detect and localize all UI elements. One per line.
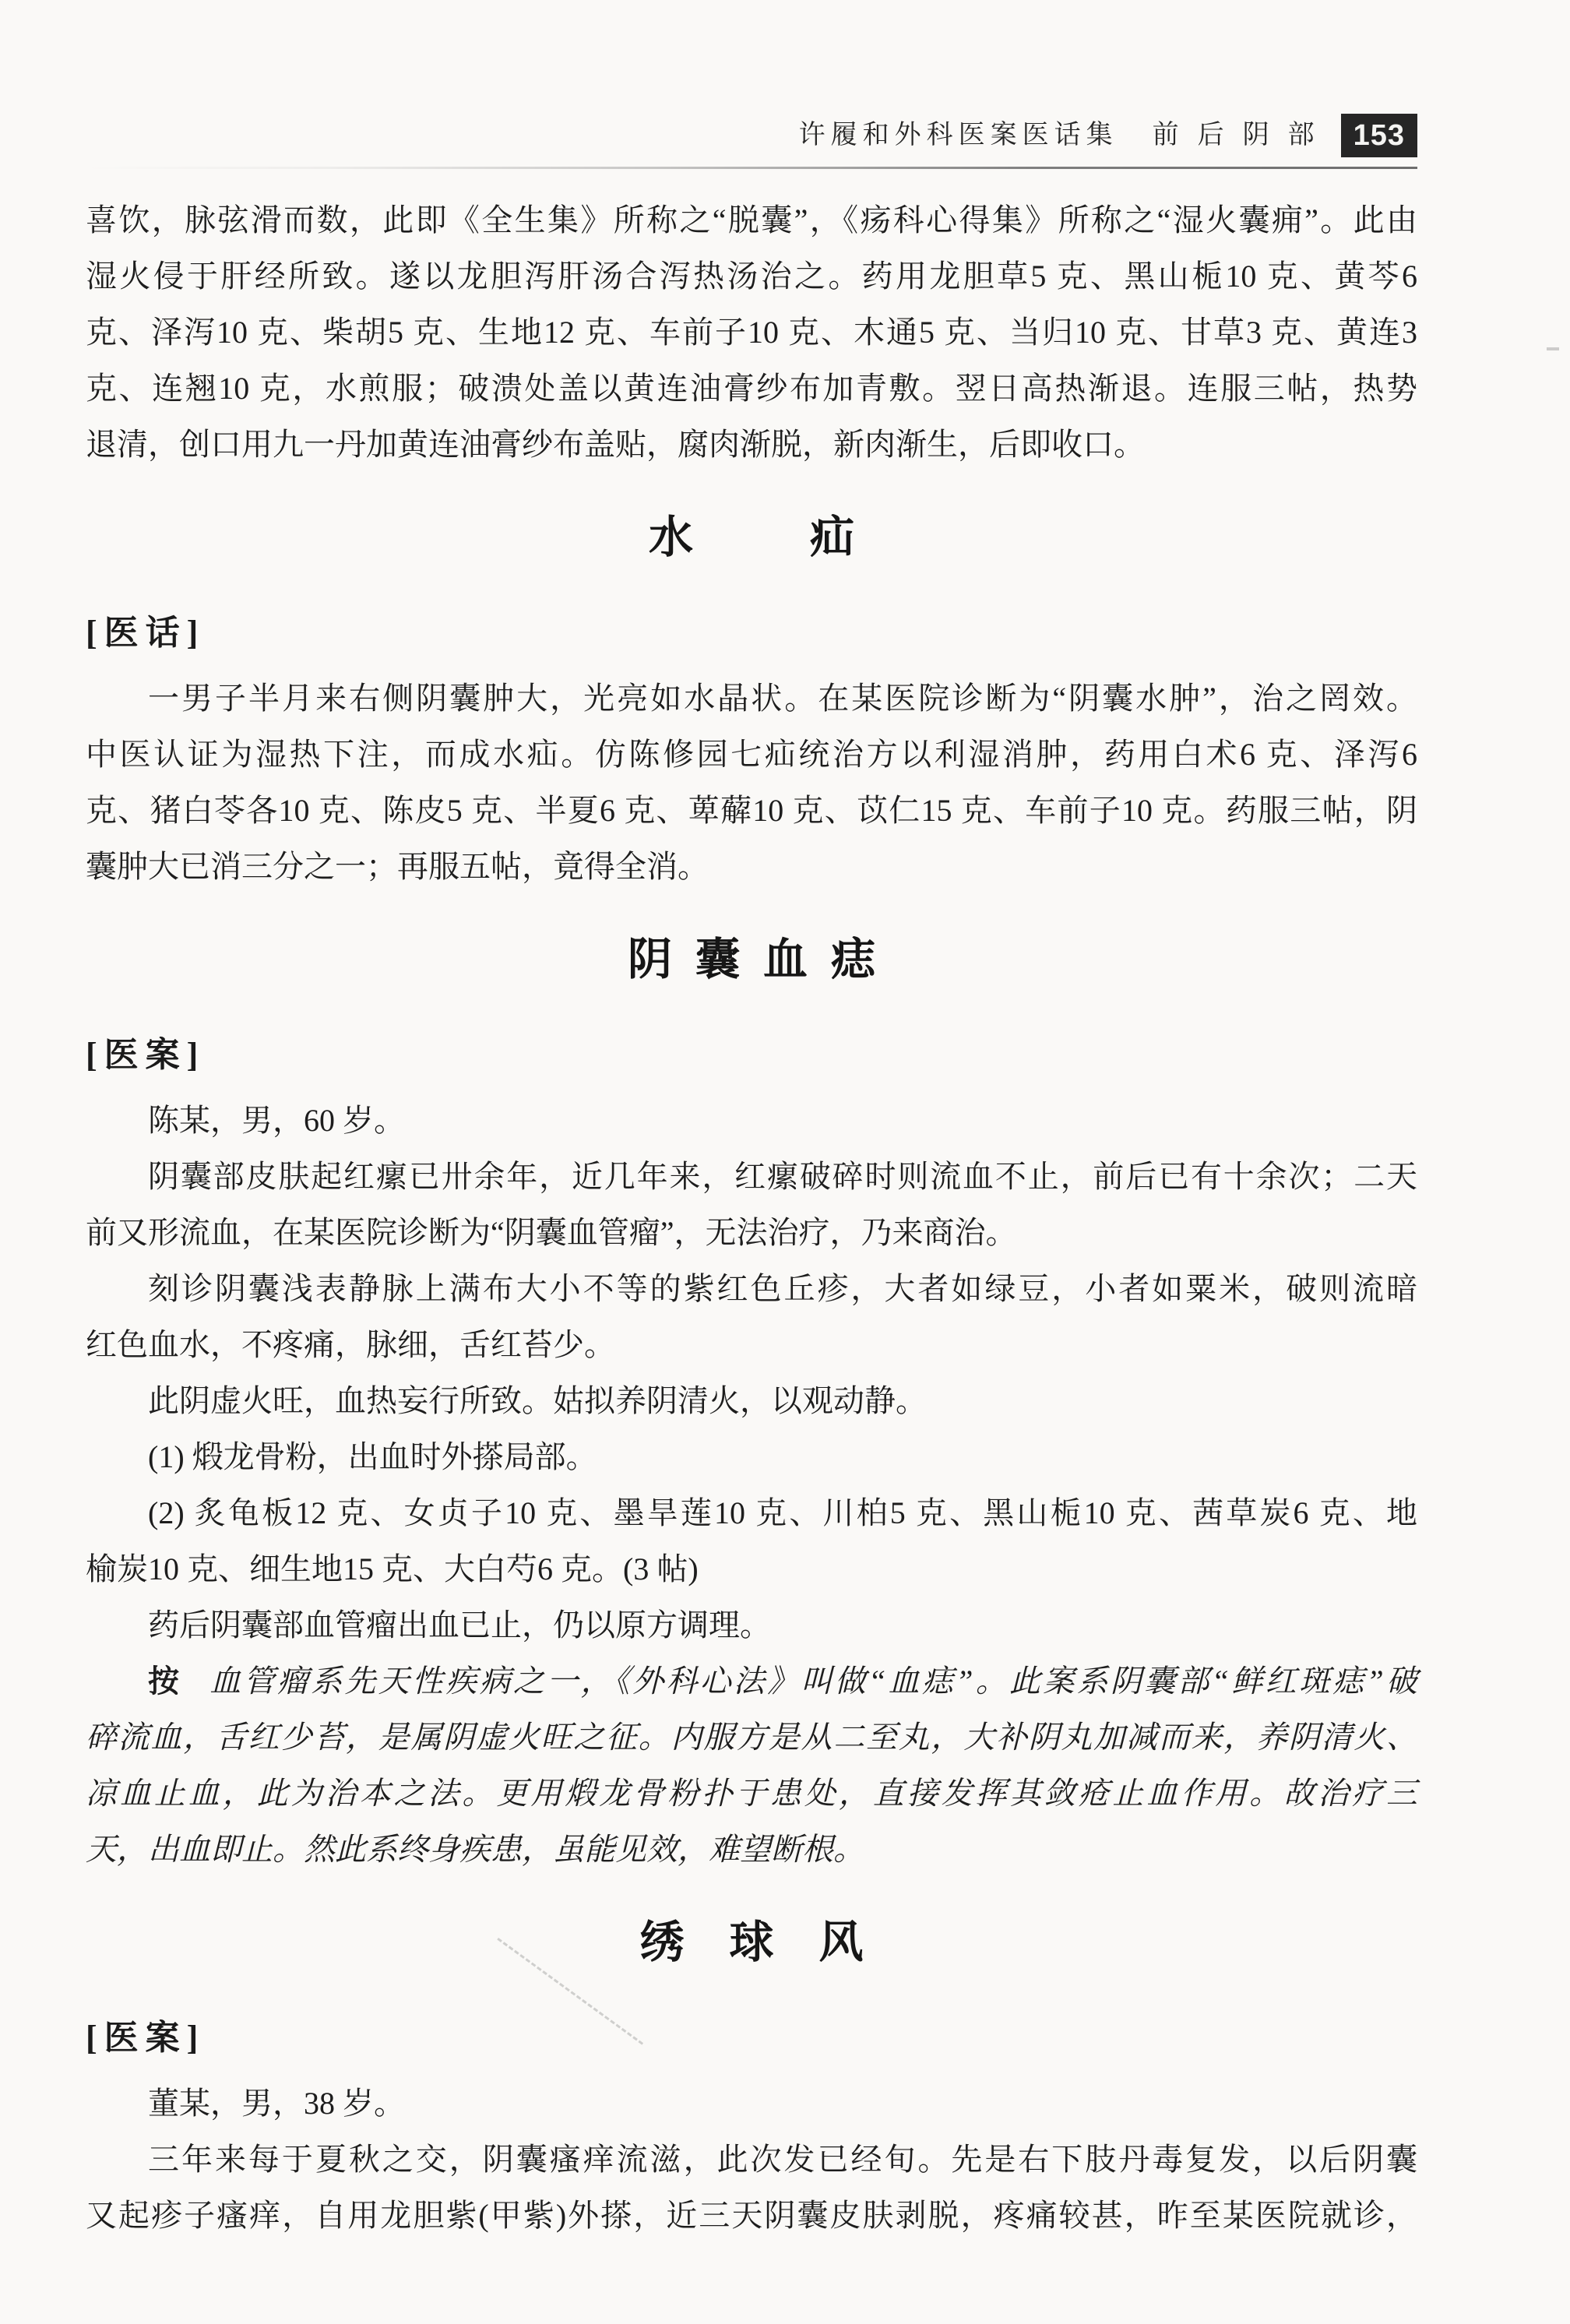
text-line: 刻诊阴囊浅表静脉上满布大小不等的紫红色丘疹，大者如绿豆，小者如粟米，破则流暗: [86, 1261, 1417, 1317]
heading-shui-shan: 水疝: [86, 507, 1417, 569]
text-line: 榆炭10 克、细生地15 克、大白芍6 克。(3 帖): [86, 1541, 1417, 1597]
heading-xiu-qiu-feng: 绣球风: [86, 1912, 1417, 1974]
label-yian-1: [医案]: [86, 1033, 1417, 1077]
text-line: 囊肿大已消三分之一；再服五帖，竟得全消。: [86, 839, 1417, 895]
running-head: 许履和外科医案医话集 前后阴部 153: [86, 114, 1417, 157]
label-yian-2: [医案]: [86, 2016, 1417, 2060]
note-label: 按: [148, 1664, 181, 1699]
text-line: 喜饮，脉弦滑而数，此即《全生集》所称之“脱囊”，《疡科心得集》所称之“湿火囊痈”…: [86, 192, 1417, 248]
scan-edge-mark: [1547, 347, 1559, 350]
text-line: 又起疹子瘙痒，自用龙胆紫(甲紫)外搽，近三天阴囊皮肤剥脱，疼痛较甚，昨至某医院就…: [86, 2188, 1417, 2244]
note-text: 血管瘤系先天性疾病之一，《外科心法》叫做“血痣”。此案系阴囊部“鲜红斑痣”破: [209, 1664, 1417, 1699]
text-line: 前又形流血，在某医院诊断为“阴囊血管瘤”，无法治疗，乃来商治。: [86, 1205, 1417, 1261]
paragraph-commentary-note: 按血管瘤系先天性疾病之一，《外科心法》叫做“血痣”。此案系阴囊部“鲜红斑痣”破 …: [86, 1653, 1417, 1878]
text-line: 一男子半月来右侧阴囊肿大，光亮如水晶状。在某医院诊断为“阴囊水肿”，治之罔效。: [86, 671, 1417, 727]
text-line: 按血管瘤系先天性疾病之一，《外科心法》叫做“血痣”。此案系阴囊部“鲜红斑痣”破: [86, 1653, 1417, 1710]
text-line: 凉血止血，此为治本之法。更用煅龙骨粉扑于患处，直接发挥其敛疮止血作用。故治疗三: [86, 1766, 1417, 1822]
text-line: 三年来每于夏秋之交，阴囊瘙痒流滋，此次发已经旬。先是右下肢丹毒复发，以后阴囊: [86, 2132, 1417, 2188]
text-line: 中医认证为湿热下注，而成水疝。仿陈修园七疝统治方以利湿消肿，药用白术6 克、泽泻…: [86, 727, 1417, 783]
text-line: 克、连翘10 克，水煎服；破溃处盖以黄连油膏纱布加青敷。翌日高热渐退。连服三帖，…: [86, 361, 1417, 417]
paragraph-shui-shan: 一男子半月来右侧阴囊肿大，光亮如水晶状。在某医院诊断为“阴囊水肿”，治之罔效。 …: [86, 671, 1417, 895]
book-page: 许履和外科医案医话集 前后阴部 153 喜饮，脉弦滑而数，此即《全生集》所称之“…: [0, 0, 1570, 2324]
header-rule: [86, 167, 1417, 169]
paragraph-xiu-qiu-feng: 董某，男，38 岁。 三年来每于夏秋之交，阴囊瘙痒流滋，此次发已经旬。先是右下肢…: [86, 2076, 1417, 2244]
text-line: 退清，创口用九一丹加黄连油膏纱布盖贴，腐肉渐脱，新肉渐生，后即收口。: [86, 417, 1417, 473]
text-line: 药后阴囊部血管瘤出血已止，仍以原方调理。: [86, 1597, 1417, 1653]
label-yihua: [医话]: [86, 611, 1417, 655]
running-head-section-title: 前后阴部: [1153, 115, 1333, 156]
heading-yin-nang-xue-zhi: 阴囊血痣: [86, 929, 1417, 991]
running-head-book-title: 许履和外科医案医话集: [799, 115, 1118, 156]
patient-info-line: 董某，男，38 岁。: [86, 2076, 1417, 2132]
patient-info-line: 陈某，男，60 岁。: [86, 1093, 1417, 1149]
text-line: 此阴虚火旺，血热妄行所致。姑拟养阴清火，以观动静。: [86, 1373, 1417, 1429]
text-line: 碎流血，舌红少苔，是属阴虚火旺之征。内服方是从二至丸，大补阴丸加减而来，养阴清火…: [86, 1710, 1417, 1766]
page-number-badge: 153: [1341, 114, 1417, 157]
text-line: 天，出血即止。然此系终身疾患，虽能见效，难望断根。: [86, 1822, 1417, 1878]
text-line: 克、泽泻10 克、柴胡5 克、生地12 克、车前子10 克、木通5 克、当归10…: [86, 305, 1417, 361]
paragraph-continuation: 喜饮，脉弦滑而数，此即《全生集》所称之“脱囊”，《疡科心得集》所称之“湿火囊痈”…: [86, 192, 1417, 473]
text-line: 红色血水，不疼痛，脉细，舌红苔少。: [86, 1317, 1417, 1373]
prescription-item-2: (2) 炙龟板12 克、女贞子10 克、墨旱莲10 克、川柏5 克、黑山栀10 …: [86, 1485, 1417, 1541]
paragraph-case-record: 陈某，男，60 岁。 阴囊部皮肤起红瘰已卅余年，近几年来，红瘰破碎时则流血不止，…: [86, 1093, 1417, 1653]
text-line: 湿火侵于肝经所致。遂以龙胆泻肝汤合泻热汤治之。药用龙胆草5 克、黑山栀10 克、…: [86, 248, 1417, 305]
text-line: 阴囊部皮肤起红瘰已卅余年，近几年来，红瘰破碎时则流血不止，前后已有十余次；二天: [86, 1149, 1417, 1205]
prescription-item-1: (1) 煅龙骨粉，出血时外搽局部。: [86, 1429, 1417, 1485]
text-line: 克、猪白苓各10 克、陈皮5 克、半夏6 克、萆薢10 克、苡仁15 克、车前子…: [86, 783, 1417, 839]
